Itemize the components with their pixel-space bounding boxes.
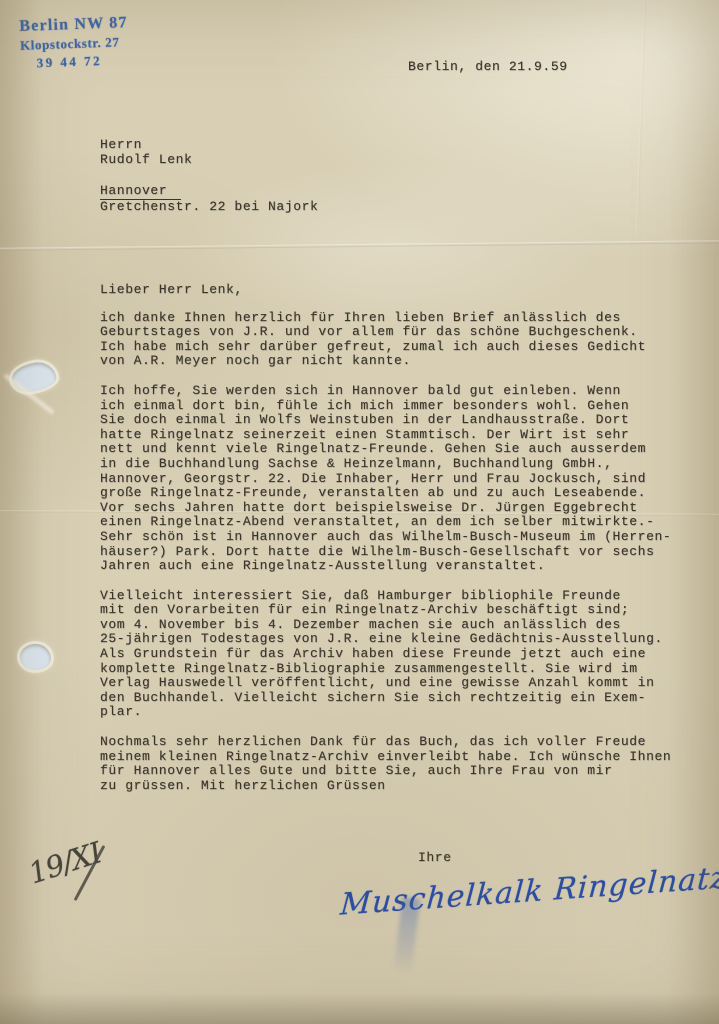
fold-crease-top bbox=[0, 240, 719, 251]
date-line: Berlin, den 21.9.59 bbox=[408, 60, 568, 75]
scanned-letter-page: Berlin NW 87 Klopstockstr. 27 39 44 72 B… bbox=[0, 0, 719, 1024]
recipient-street-line: Gretchenstr. 22 bei Najork bbox=[100, 200, 318, 215]
punch-hole bbox=[19, 643, 52, 672]
stamp-city-line: Berlin NW 87 bbox=[19, 14, 128, 36]
recipient-name-line: Rudolf Lenk bbox=[100, 153, 318, 168]
paragraph-2: Ich hoffe, Sie werden sich in Hannover b… bbox=[100, 384, 671, 574]
sender-address-stamp: Berlin NW 87 Klopstockstr. 27 39 44 72 bbox=[19, 14, 129, 72]
torn-punch-hole bbox=[10, 360, 57, 394]
stamp-street-line: Klopstockstr. 27 bbox=[20, 34, 129, 54]
paragraph-1: ich danke Ihnen herzlich für Ihren liebe… bbox=[100, 311, 671, 369]
paragraph-4: Nochmals sehr herzlichen Dank für das Bu… bbox=[100, 735, 671, 793]
paragraph-3: Vielleicht interessiert Sie, daß Hamburg… bbox=[100, 589, 671, 720]
fold-crease-vertical bbox=[636, 0, 646, 235]
closing-line: Ihre bbox=[418, 851, 452, 866]
salutation-line: Lieber Herr Lenk, bbox=[100, 283, 671, 298]
stamp-phone-line: 39 44 72 bbox=[20, 52, 129, 72]
recipient-city-line: Hannover bbox=[100, 184, 318, 200]
recipient-address-block: Herrn Rudolf Lenk Hannover Gretchenstr. … bbox=[100, 138, 318, 214]
handwritten-signature: Muschelkalk Ringelnatz bbox=[339, 860, 719, 922]
recipient-city-underlined: Hannover bbox=[100, 184, 181, 200]
letter-body: Lieber Herr Lenk, ich danke Ihnen herzli… bbox=[100, 283, 671, 808]
recipient-salutation-line: Herrn bbox=[100, 138, 318, 153]
